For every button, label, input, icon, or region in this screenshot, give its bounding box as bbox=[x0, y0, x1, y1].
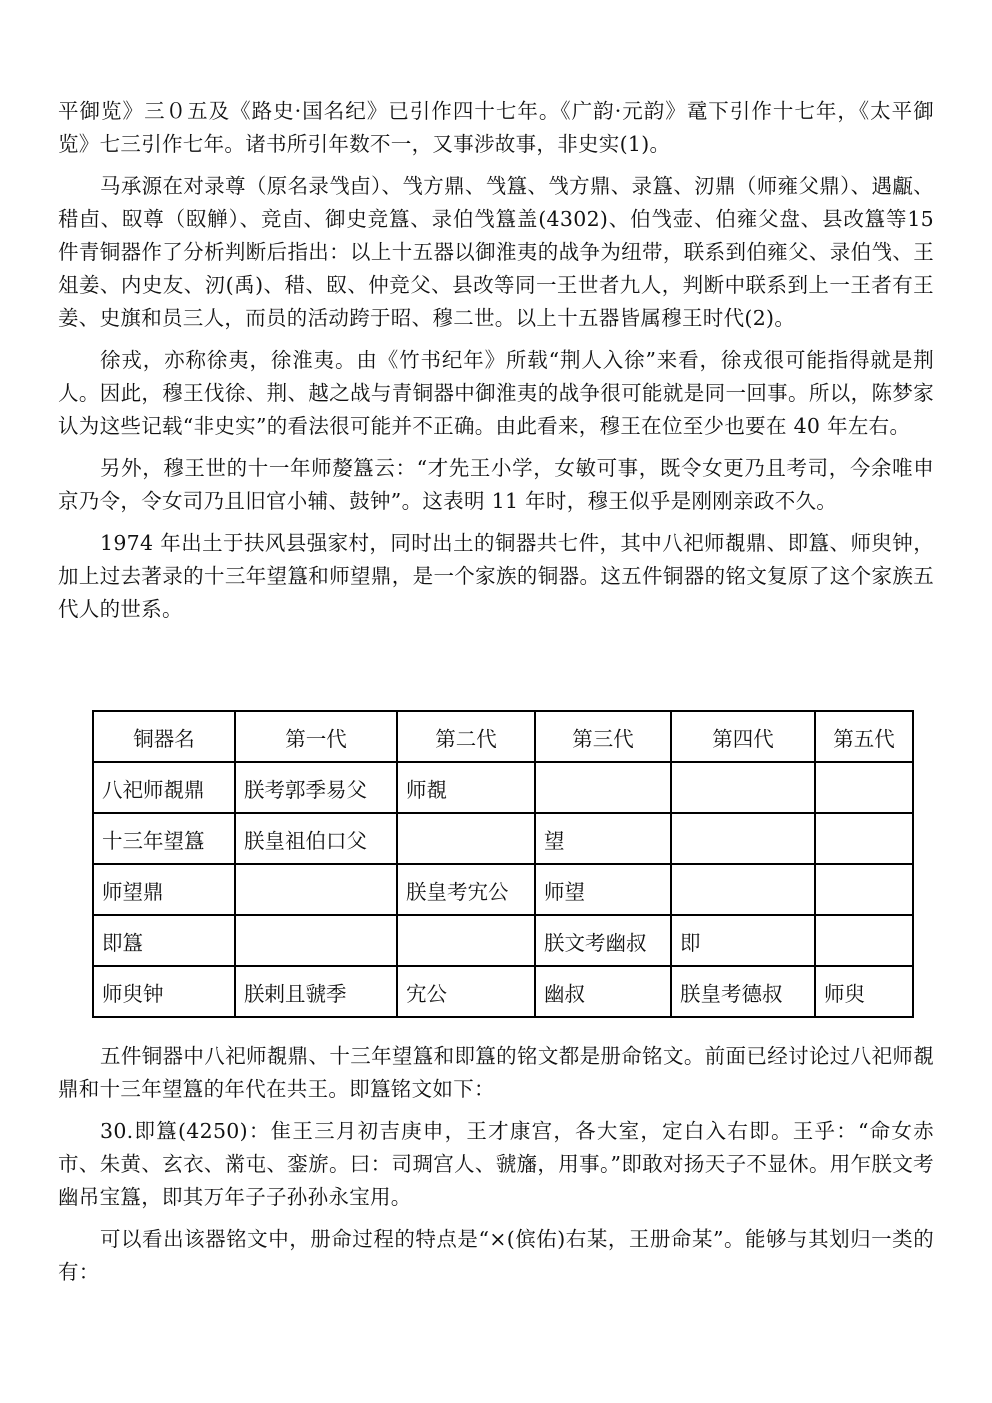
header-cell: 第四代 bbox=[671, 711, 815, 762]
table-cell: 十三年望簋 bbox=[93, 813, 235, 864]
table-cell: 朕考郭季易父 bbox=[235, 762, 397, 813]
header-cell: 铜器名 bbox=[93, 711, 235, 762]
table-cell: 师臾 bbox=[815, 966, 913, 1017]
paragraph-3: 徐戎，亦称徐夷，徐淮夷。由《竹书纪年》所载“荆人入徐”来看，徐戎很可能指得就是荆… bbox=[58, 344, 934, 443]
table-cell: 朕皇考德叔 bbox=[671, 966, 815, 1017]
table-row: 师臾钟 朕剌且虢季 宄公 幽叔 朕皇考德叔 师臾 bbox=[93, 966, 913, 1017]
table-cell: 朕皇祖伯口父 bbox=[235, 813, 397, 864]
table-cell: 师望 bbox=[535, 864, 671, 915]
table-row: 八祀师覩鼎 朕考郭季易父 师覩 bbox=[93, 762, 913, 813]
table-cell: 即簋 bbox=[93, 915, 235, 966]
table-cell bbox=[671, 813, 815, 864]
table-cell bbox=[815, 864, 913, 915]
genealogy-table: 铜器名 第一代 第二代 第三代 第四代 第五代 八祀师覩鼎 朕考郭季易父 师覩 … bbox=[92, 710, 914, 1018]
paragraph-5: 1974 年出土于扶风县强家村，同时出土的铜器共七件，其中八祀师覩鼎、即簋、师臾… bbox=[58, 527, 934, 626]
table-cell bbox=[815, 915, 913, 966]
table-cell: 朕文考幽叔 bbox=[535, 915, 671, 966]
table-row: 即簋 朕文考幽叔 即 bbox=[93, 915, 913, 966]
table-cell bbox=[397, 915, 535, 966]
header-cell: 第五代 bbox=[815, 711, 913, 762]
paragraph-6: 五件铜器中八祀师覩鼎、十三年望簋和即簋的铭文都是册命铭文。前面已经讨论过八祀师覩… bbox=[58, 1040, 934, 1106]
document-body-continued: 五件铜器中八祀师覩鼎、十三年望簋和即簋的铭文都是册命铭文。前面已经讨论过八祀师覩… bbox=[58, 1040, 934, 1298]
table-header-row: 铜器名 第一代 第二代 第三代 第四代 第五代 bbox=[93, 711, 913, 762]
table-cell: 师望鼎 bbox=[93, 864, 235, 915]
header-cell: 第二代 bbox=[397, 711, 535, 762]
table-cell bbox=[815, 813, 913, 864]
table-cell: 朕皇考宄公 bbox=[397, 864, 535, 915]
table-cell bbox=[671, 864, 815, 915]
table-cell bbox=[535, 762, 671, 813]
table-cell bbox=[235, 915, 397, 966]
paragraph-8: 可以看出该器铭文中，册命过程的特点是“×(傧佑)右某，王册命某”。能够与其划归一… bbox=[58, 1223, 934, 1289]
table-cell bbox=[235, 864, 397, 915]
paragraph-2: 马承源在对录尊（原名录㦰卣）、㦰方鼎、㦰簋、㦰方鼎、录簋、㲽鼎（师雍父鼎）、遇甗… bbox=[58, 170, 934, 335]
table-cell: 望 bbox=[535, 813, 671, 864]
table-cell bbox=[671, 762, 815, 813]
table-cell: 宄公 bbox=[397, 966, 535, 1017]
table-cell: 幽叔 bbox=[535, 966, 671, 1017]
table-cell: 师覩 bbox=[397, 762, 535, 813]
document-body: 平御览》三０五及《路史·国名纪》已引作四十七年。《广韵·元韵》鼋下引作十七年，《… bbox=[58, 95, 934, 635]
inscription-paragraph: 30.即簋(4250)：隹王三月初吉庚申，王才康宫，各大室，定白入右即。王乎：“… bbox=[58, 1115, 934, 1214]
header-cell: 第三代 bbox=[535, 711, 671, 762]
table-cell: 八祀师覩鼎 bbox=[93, 762, 235, 813]
table-cell bbox=[397, 813, 535, 864]
table-cell bbox=[815, 762, 913, 813]
table-cell: 即 bbox=[671, 915, 815, 966]
table-row: 十三年望簋 朕皇祖伯口父 望 bbox=[93, 813, 913, 864]
table-row: 师望鼎 朕皇考宄公 师望 bbox=[93, 864, 913, 915]
paragraph-4: 另外，穆王世的十一年师嫠簋云：“才先王小学，女敏可事，既令女更乃且考司，今余唯申… bbox=[58, 452, 934, 518]
table-cell: 师臾钟 bbox=[93, 966, 235, 1017]
table-cell: 朕剌且虢季 bbox=[235, 966, 397, 1017]
paragraph-1: 平御览》三０五及《路史·国名纪》已引作四十七年。《广韵·元韵》鼋下引作十七年，《… bbox=[58, 95, 934, 161]
header-cell: 第一代 bbox=[235, 711, 397, 762]
